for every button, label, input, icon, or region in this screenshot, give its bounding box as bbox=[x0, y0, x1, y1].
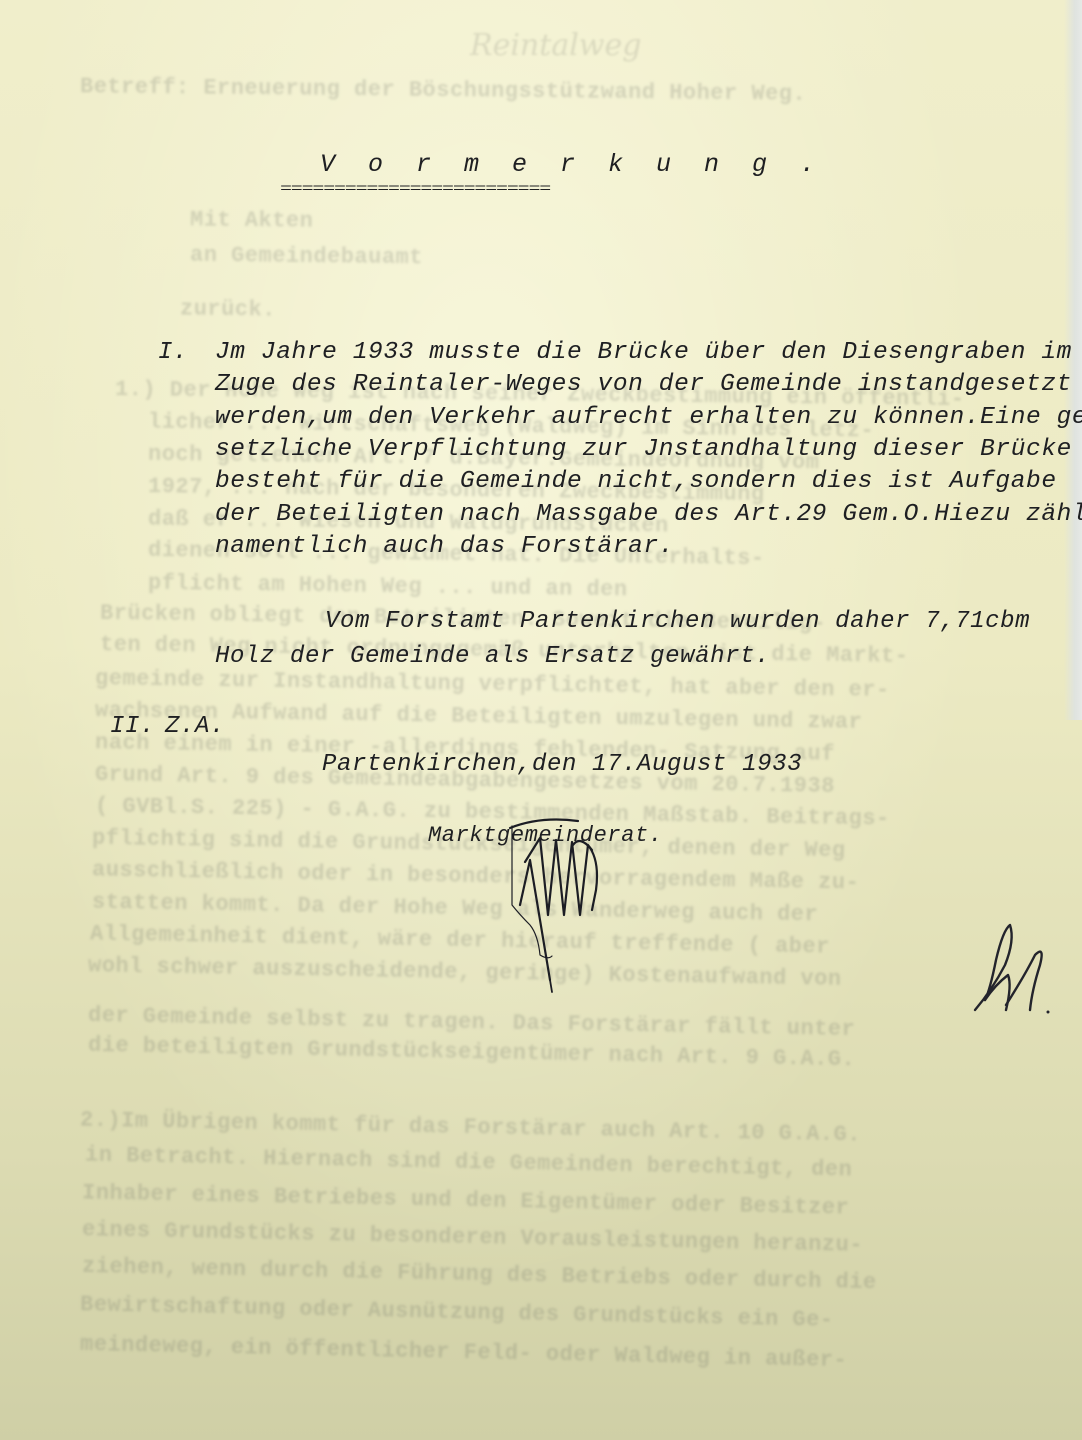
title-double-underline: ========================= bbox=[280, 181, 550, 197]
handwritten-header-note: Reintalweg bbox=[470, 28, 641, 63]
section-1-line: der Beteiligten nach Massgabe des Art.29… bbox=[215, 501, 1082, 528]
document-title: V o r m e r k u n g . bbox=[320, 150, 824, 179]
bleed-through-line: an Gemeindebauamt bbox=[190, 243, 423, 271]
section-2-marker: II. bbox=[110, 713, 155, 740]
bleed-through-line: Mit Akten bbox=[190, 207, 314, 233]
section-1-line: setzliche Verpflichtung zur Jnstandhaltu… bbox=[215, 436, 1072, 463]
section-1-line: namentlich auch das Forstärar. bbox=[215, 533, 674, 560]
section-1-line: werden,um den Verkehr aufrecht erhalten … bbox=[215, 404, 1082, 431]
paragraph-2-line: Vom Forstamt Partenkirchen wurden daher … bbox=[325, 608, 1030, 635]
section-1-line: Zuge des Reintaler-Weges von der Gemeind… bbox=[215, 371, 1072, 398]
signatory-title: Marktgemeinderat. bbox=[428, 823, 663, 848]
bleed-through-line: zurück. bbox=[180, 296, 276, 322]
section-1-line: besteht für die Gemeinde nicht,sondern d… bbox=[215, 468, 1057, 495]
paragraph-2-line: Holz der Gemeinde als Ersatz gewährt. bbox=[215, 643, 770, 670]
section-1-line: Jm Jahre 1933 musste die Brücke über den… bbox=[215, 339, 1072, 366]
place-date: Partenkirchen,den 17.August 1933 bbox=[322, 751, 802, 778]
section-1-marker: I. bbox=[158, 339, 188, 366]
section-2-text: Z.A. bbox=[165, 713, 225, 740]
